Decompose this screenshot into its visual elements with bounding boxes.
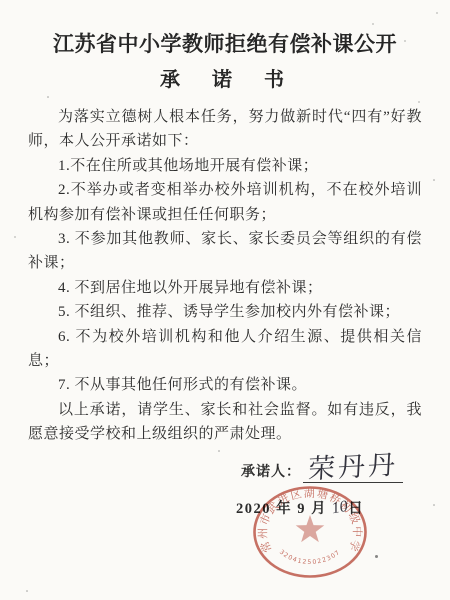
official-seal-stamp: 常州市武进区湖塘桥初级中学 3204125022307 [250,484,370,580]
scan-speckle [433,179,435,181]
commitment-item-4: 4. 不到居住地以外开展异地有偿补课； [28,276,422,300]
commitment-item-6: 6. 不为校外培训机构和他人介绍生源、提供相关信息； [28,325,422,374]
signature-line: 荣丹丹 [303,452,403,483]
scan-speckle [433,504,435,506]
scan-speckle [105,340,107,342]
seal-code-number: 3204125022307 [278,549,342,566]
paragraph-intro: 为落实立德树人根本任务，努力做新时代“四有”好教师，本人公开承诺如下： [28,105,422,154]
scan-speckle [404,40,406,42]
scanned-document-page: 江苏省中小学教师拒绝有偿补课公开 承 诺 书 为落实立德树人根本任务，努力做新时… [0,0,450,600]
scan-speckle [26,590,28,592]
document-title-line2: 承 诺 书 [0,63,450,92]
commitment-item-3: 3. 不参加其他教师、家长、家长委员会等组织的有偿补课； [28,227,422,276]
scan-speckle [436,12,438,14]
commitment-item-1: 1.不在住所或其他场地开展有偿补课； [28,154,422,178]
document-body: 为落实立德树人根本任务，努力做新时代“四有”好教师，本人公开承诺如下： 1.不在… [28,105,422,447]
signature-row: 承诺人： 荣丹丹 [241,452,403,483]
commitment-item-7: 7. 不从事其他任何形式的有偿补课。 [28,373,422,397]
document-title-line1: 江苏省中小学教师拒绝有偿补课公开 [10,28,440,58]
scan-speckle [47,96,49,98]
commitment-item-2: 2.不举办或者变相举办校外培训机构，不在校外培训机构参加有偿补课或担任任何职务； [28,178,422,227]
scan-ink-dot [375,555,378,558]
handwritten-signature: 荣丹丹 [307,450,398,485]
scan-speckle [418,101,420,103]
paragraph-closing: 以上承诺，请学生、家长和社会监督。如有违反，我愿意接受学校和上级组织的严肃处理。 [28,398,422,447]
scan-speckle [14,236,16,238]
commitment-item-5: 5. 不组织、推荐、诱导学生参加校内外有偿补课； [28,300,422,324]
scan-speckle [372,23,374,25]
scan-speckle [218,450,220,452]
signatory-label: 承诺人： [241,461,301,483]
seal-star-icon [296,515,325,542]
